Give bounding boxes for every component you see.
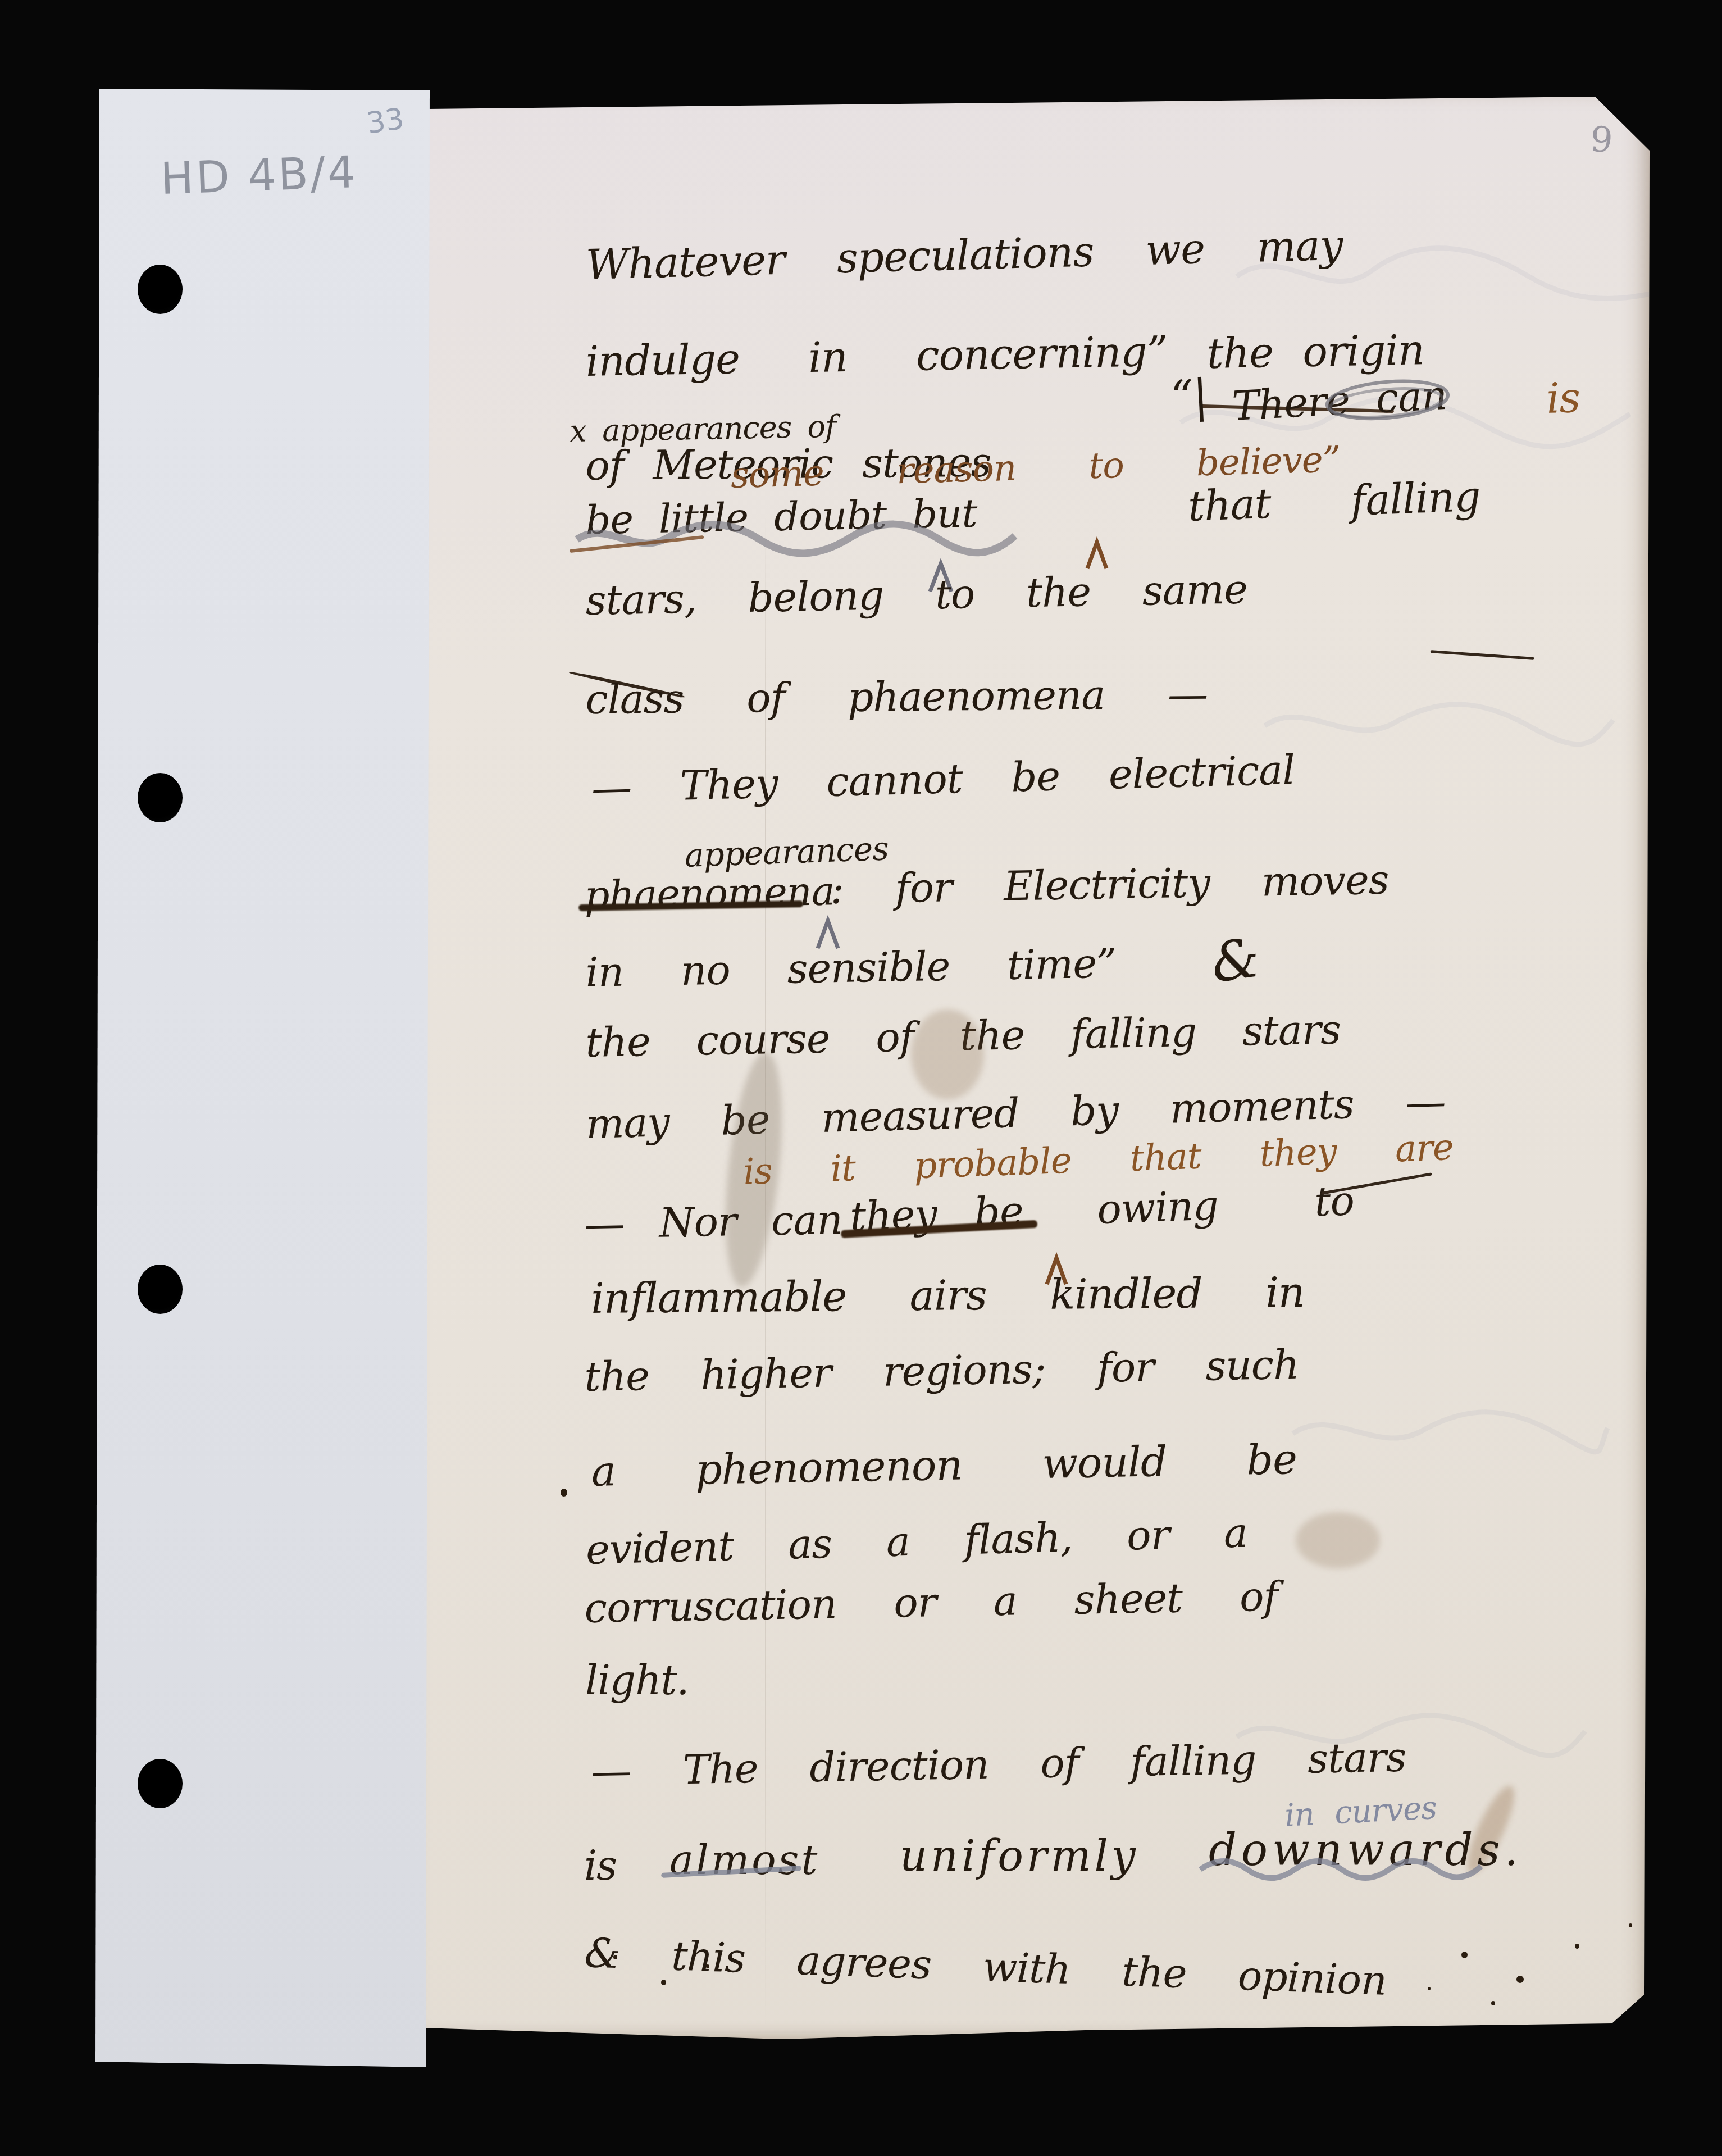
ink-smudge — [911, 1009, 984, 1099]
inserted-word: is — [1546, 375, 1580, 422]
punch-hole — [138, 773, 183, 822]
cover-sheet: 33 HD 4B/4 — [95, 89, 430, 2067]
manuscript-line: that falling — [1187, 474, 1481, 530]
ink-spatter — [661, 1980, 666, 1985]
margin-dot — [561, 1489, 567, 1497]
pencil-strikethrough-squiggle — [1200, 1848, 1481, 1887]
manuscript-line: class of phaenomena — — [585, 672, 1208, 722]
manuscript-line: — They cannot be electrical — [591, 748, 1295, 811]
ghost-showthrough — [1293, 1400, 1607, 1467]
manuscript-line: owing to — [1096, 1179, 1355, 1232]
punch-hole — [138, 265, 183, 314]
manuscript-line: : for Electricity moves — [830, 858, 1389, 912]
manuscript-line: a phenomenon would be — [591, 1437, 1297, 1495]
manuscript-line: light. — [585, 1658, 689, 1703]
manuscript-line: the higher regions; for such — [584, 1343, 1299, 1399]
ink-spatter — [706, 1964, 709, 1968]
ghost-showthrough — [1265, 692, 1613, 759]
ink-spatter — [1575, 1944, 1579, 1949]
punch-hole — [138, 1265, 183, 1314]
manuscript-line: & this agrees with the opinion — [584, 1931, 1387, 2003]
strikethrough-squiggle — [577, 517, 1015, 562]
punch-hole — [138, 1759, 183, 1808]
manuscript-line: evident as a flash, or a — [585, 1511, 1248, 1572]
quote-mark: “| — [1169, 371, 1209, 422]
manuscript-line: in no sensible time” — [585, 941, 1117, 995]
manuscript-page: 9 Whatever speculations we may indulge i… — [422, 97, 1650, 2039]
ampersand: & — [1208, 928, 1263, 993]
manuscript-line-underlined: the origin — [1206, 328, 1424, 377]
page-number: 9 — [1589, 119, 1614, 161]
archive-reference: HD 4B/4 — [160, 147, 358, 204]
manuscript-line: stars, belong to the same — [585, 567, 1247, 623]
ink-spatter — [613, 1955, 617, 1959]
manuscript-line: is — [584, 1844, 617, 1888]
manuscript-line: Whatever speculations we may — [585, 223, 1343, 289]
manuscript-line: inflammable airs kindled in — [591, 1270, 1305, 1322]
ink-spatter — [1461, 1952, 1468, 1958]
manuscript-word: uniformly — [900, 1832, 1139, 1880]
ink-smudge — [1296, 1512, 1380, 1568]
crease-line — [765, 512, 766, 2029]
underline-mark — [1431, 650, 1534, 660]
manuscript-line: — The direction of falling stars — [591, 1735, 1406, 1794]
ink-spatter — [1428, 1987, 1431, 1990]
ink-spatter — [1629, 1923, 1632, 1927]
scanned-manuscript-scene: 33 HD 4B/4 9 Whatever speculations we ma… — [0, 0, 1722, 2156]
folio-number: 33 — [365, 102, 406, 141]
caret-mark — [1085, 539, 1109, 571]
manuscript-line: corruscation or a sheet of — [584, 1574, 1278, 1631]
manuscript-line: indulge in concerning” — [585, 329, 1168, 385]
ink-spatter — [1516, 1976, 1524, 1983]
ink-spatter — [1491, 2001, 1495, 2005]
manuscript-line: — Nor can — [584, 1198, 842, 1247]
